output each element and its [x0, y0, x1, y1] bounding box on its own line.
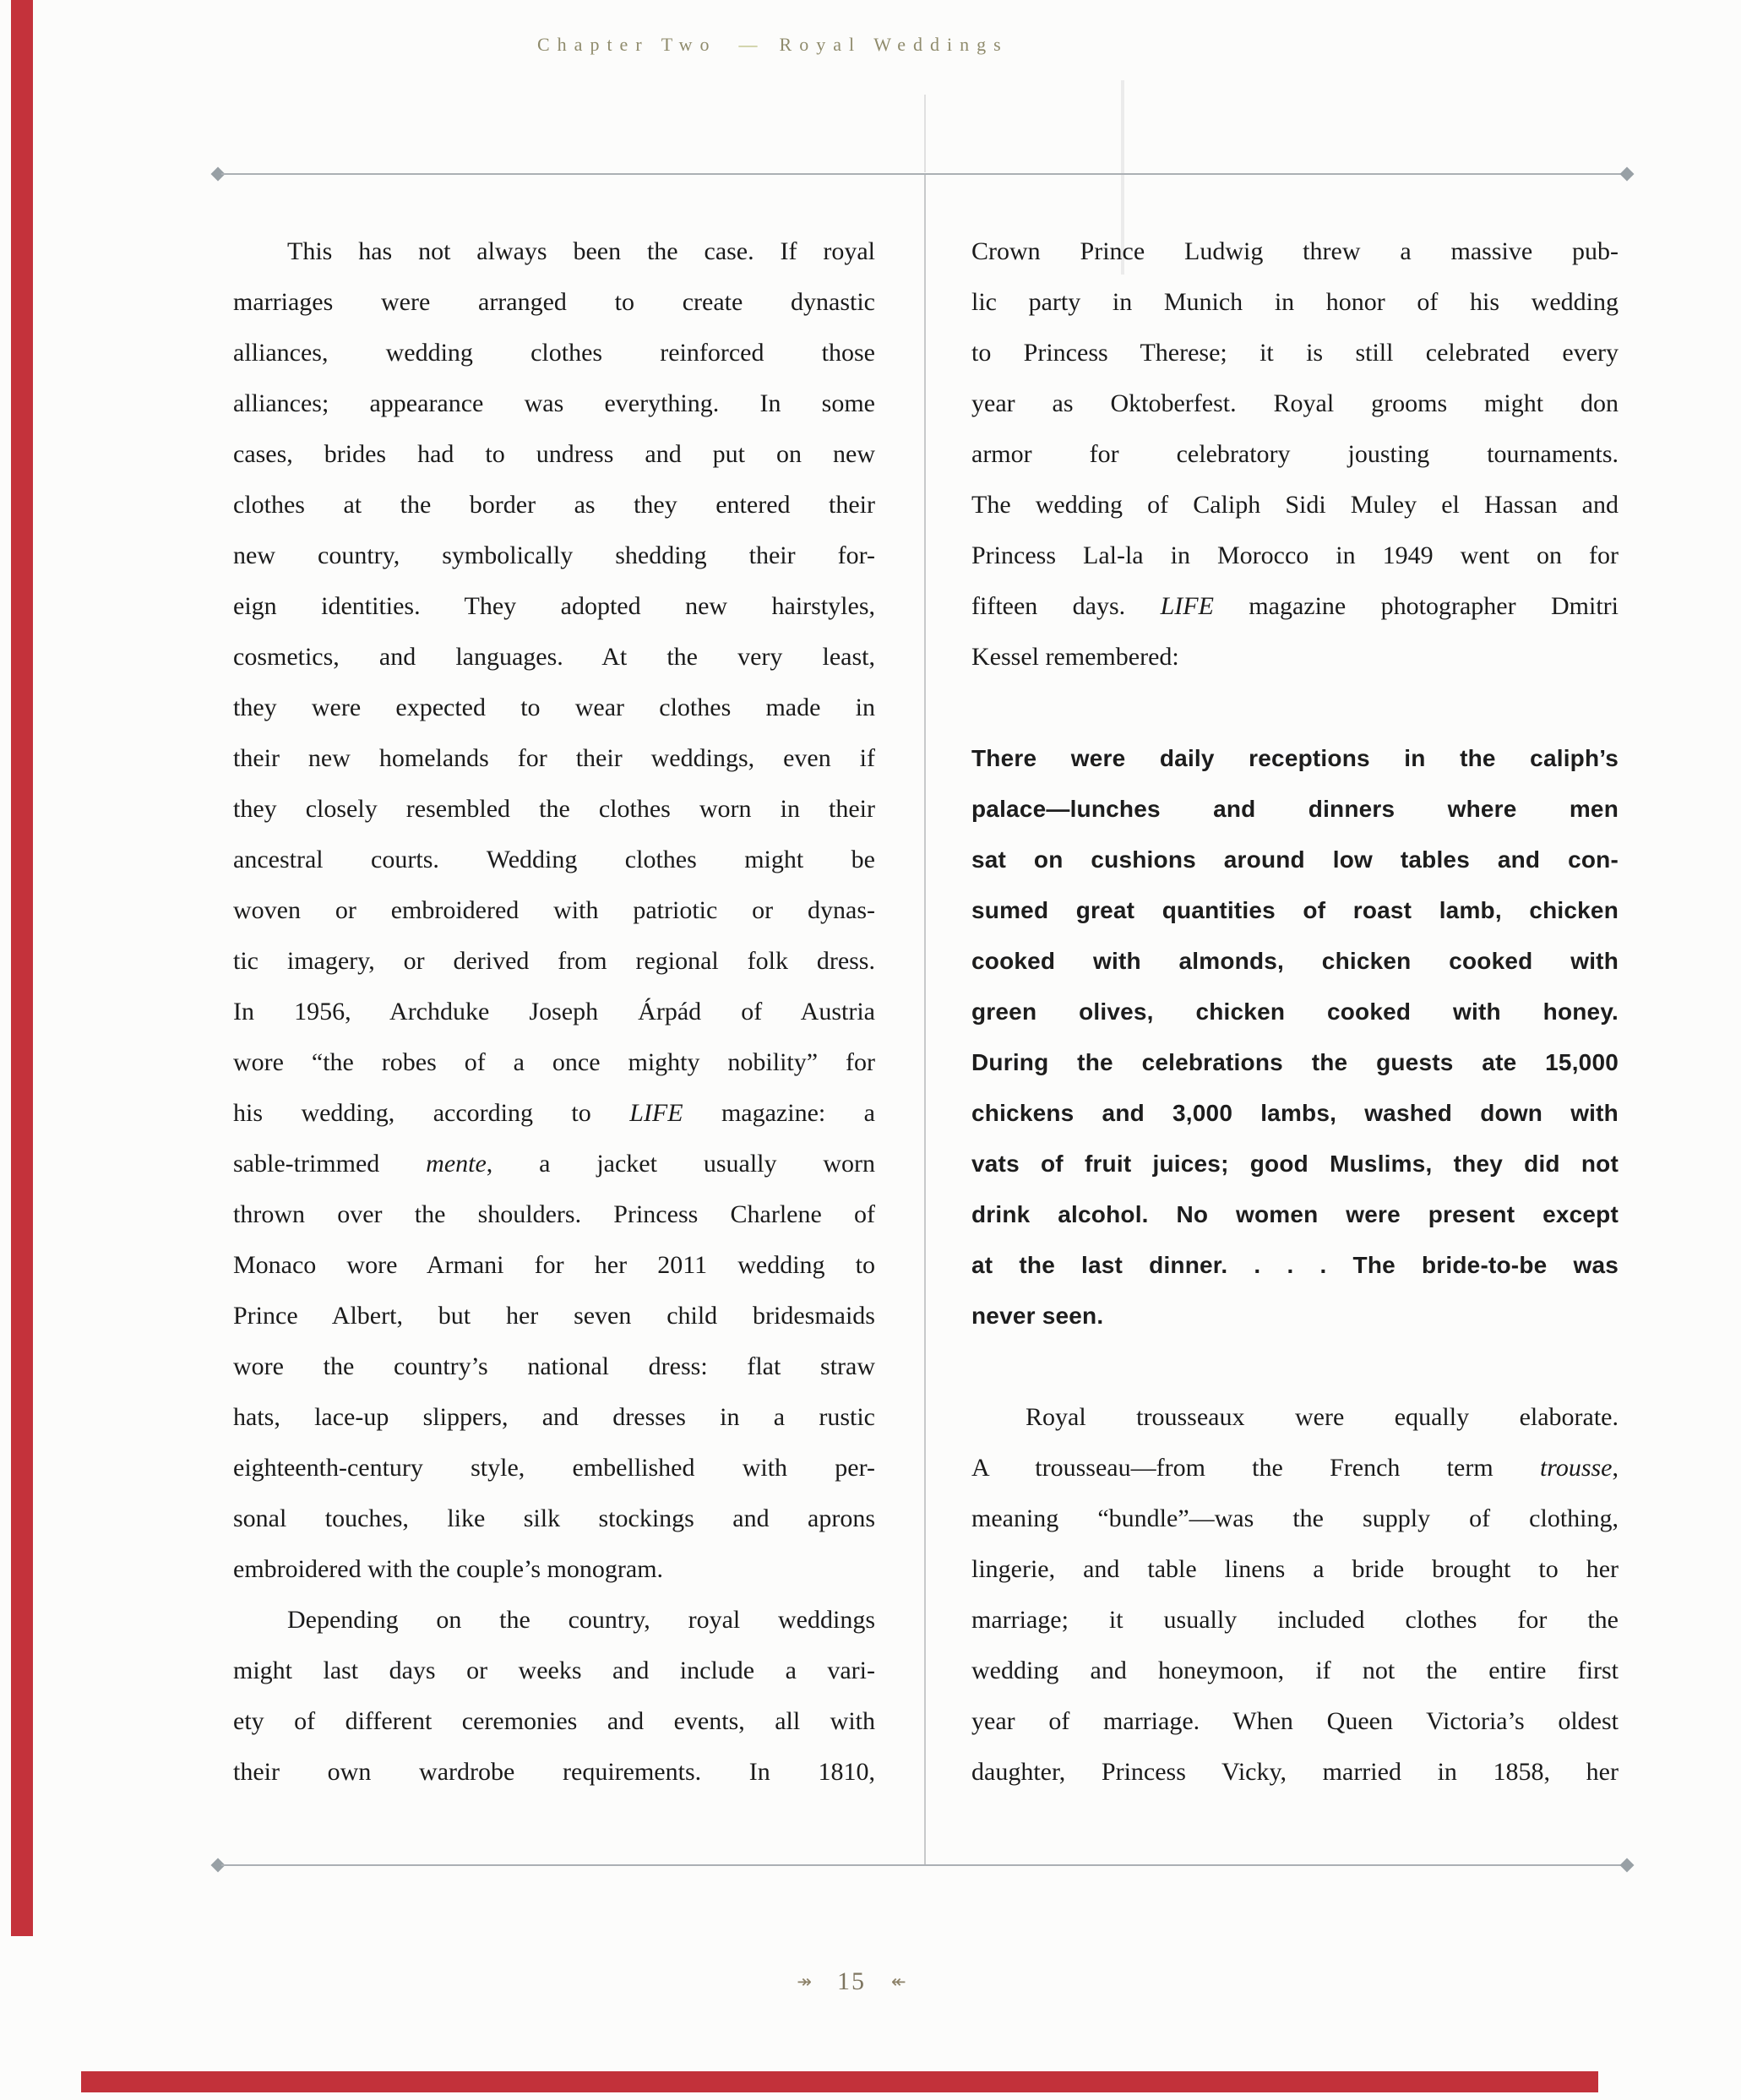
page-edge-tint-left [11, 0, 33, 1936]
text-line: green olives, chicken cooked with honey. [971, 987, 1619, 1037]
paragraph: Crown Prince Ludwig threw a massive pub-… [971, 226, 1619, 683]
text-line: Monaco wore Armani for her 2011 wedding … [233, 1240, 875, 1291]
top-ornamental-rule [213, 168, 1632, 180]
text-line: alliances; appearance was everything. In… [233, 378, 875, 429]
text-line: sat on cushions around low tables and co… [971, 835, 1619, 885]
text-line: palace—lunches and dinners where men [971, 784, 1619, 835]
text-line: wedding and honeymoon, if not the entire… [971, 1646, 1619, 1696]
text-line: marriage; it usually included clothes fo… [971, 1595, 1619, 1646]
text-line: their own wardrobe requirements. In 1810… [233, 1747, 875, 1798]
text-line: Kessel remembered: [971, 632, 1619, 683]
text-line: Princess Lal-la in Morocco in 1949 went … [971, 530, 1619, 581]
text-line: meaning “bundle”—was the supply of cloth… [971, 1493, 1619, 1544]
bottom-ornamental-rule [213, 1859, 1632, 1871]
text-line: This has not always been the case. If ro… [233, 226, 875, 277]
blockquote: There were daily receptions in the calip… [971, 733, 1619, 1341]
text-line: Crown Prince Ludwig threw a massive pub- [971, 226, 1619, 277]
text-line: their new homelands for their weddings, … [233, 733, 875, 784]
text-line: lingerie, and table linens a bride broug… [971, 1544, 1619, 1595]
text-line: new country, symbolically shedding their… [233, 530, 875, 581]
text-line: clothes at the border as they entered th… [233, 480, 875, 530]
text-line: sonal touches, like silk stockings and a… [233, 1493, 875, 1544]
text-line: During the celebrations the guests ate 1… [971, 1037, 1619, 1088]
text-line: cosmetics, and languages. At the very le… [233, 632, 875, 683]
running-header-title: Royal Weddings [780, 34, 1009, 55]
text-line: sumed great quantities of roast lamb, ch… [971, 885, 1619, 936]
text-line: thrown over the shoulders. Princess Char… [233, 1189, 875, 1240]
page-edge-tint-bottom [81, 2071, 1598, 2092]
text-line: armor for celebratory jousting tournamen… [971, 429, 1619, 480]
paragraph: Depending on the country, royal weddings… [233, 1595, 875, 1798]
text-line: alliances, wedding clothes reinforced th… [233, 328, 875, 378]
text-line: ancestral courts. Wedding clothes might … [233, 835, 875, 885]
text-line: ety of different ceremonies and events, … [233, 1696, 875, 1747]
text-line: chickens and 3,000 lambs, washed down wi… [971, 1088, 1619, 1139]
text-line: at the last dinner. . . . The bride-to-b… [971, 1240, 1619, 1291]
text-line: drink alcohol. No women were present exc… [971, 1189, 1619, 1240]
text-line: they closely resembled the clothes worn … [233, 784, 875, 835]
text-line: daughter, Princess Vicky, married in 185… [971, 1747, 1619, 1798]
text-line: year as Oktoberfest. Royal grooms might … [971, 378, 1619, 429]
text-line: wore the country’s national dress: flat … [233, 1341, 875, 1392]
text-line: vats of fruit juices; good Muslims, they… [971, 1139, 1619, 1189]
text-line: fifteen days. LIFE magazine photographer… [971, 581, 1619, 632]
diamond-finial-icon [1620, 167, 1635, 182]
text-line: hats, lace-up slippers, and dresses in a… [233, 1392, 875, 1443]
text-line: There were daily receptions in the calip… [971, 733, 1619, 784]
text-line: marriages were arranged to create dynast… [233, 277, 875, 328]
text-line: woven or embroidered with patriotic or d… [233, 885, 875, 936]
text-line: Prince Albert, but her seven child bride… [233, 1291, 875, 1341]
text-line: to Princess Therese; it is still celebra… [971, 328, 1619, 378]
text-line: eighteenth-century style, embellished wi… [233, 1443, 875, 1493]
text-line: Depending on the country, royal weddings [233, 1595, 875, 1646]
right-text-column: Crown Prince Ludwig threw a massive pub-… [971, 226, 1619, 1798]
text-line: In 1956, Archduke Joseph Árpád of Austri… [233, 987, 875, 1037]
text-line: The wedding of Caliph Sidi Muley el Hass… [971, 480, 1619, 530]
left-arrow-icon: ↞ [891, 1972, 906, 1992]
left-text-column: This has not always been the case. If ro… [233, 226, 875, 1798]
scan-artifact [924, 95, 926, 172]
rule-line [221, 173, 1624, 175]
text-line: might last days or weeks and include a v… [233, 1646, 875, 1696]
text-line: embroidered with the couple’s monogram. [233, 1544, 875, 1595]
paragraph: Royal trousseaux were equally elaborate.… [971, 1392, 1619, 1798]
text-line: never seen. [971, 1291, 1619, 1341]
running-header: Chapter Two—Royal Weddings [537, 34, 1009, 56]
diamond-finial-icon [1620, 1858, 1635, 1873]
text-line: A trousseau—from the French term trousse… [971, 1443, 1619, 1493]
page-number: 15 [837, 1967, 866, 1996]
text-line: wore “the robes of a once mighty nobilit… [233, 1037, 875, 1088]
column-divider [924, 175, 926, 1864]
right-arrow-icon: ↠ [797, 1972, 812, 1992]
text-line: cases, brides had to undress and put on … [233, 429, 875, 480]
text-line: sable-trimmed mente, a jacket usually wo… [233, 1139, 875, 1189]
text-line: they were expected to wear clothes made … [233, 683, 875, 733]
text-line: eign identities. They adopted new hairst… [233, 581, 875, 632]
text-line: year of marriage. When Queen Victoria’s … [971, 1696, 1619, 1747]
paragraph: This has not always been the case. If ro… [233, 226, 875, 1595]
text-line: cooked with almonds, chicken cooked with [971, 936, 1619, 987]
rule-line [221, 1864, 1624, 1866]
text-line: lic party in Munich in honor of his wedd… [971, 277, 1619, 328]
text-line: tic imagery, or derived from regional fo… [233, 936, 875, 987]
page-footer: ↠ 15 ↞ [733, 1961, 970, 2002]
running-header-chapter: Chapter Two [537, 34, 717, 55]
text-line: Royal trousseaux were equally elaborate. [971, 1392, 1619, 1443]
running-header-separator: — [739, 34, 758, 55]
text-line: his wedding, according to LIFE magazine:… [233, 1088, 875, 1139]
